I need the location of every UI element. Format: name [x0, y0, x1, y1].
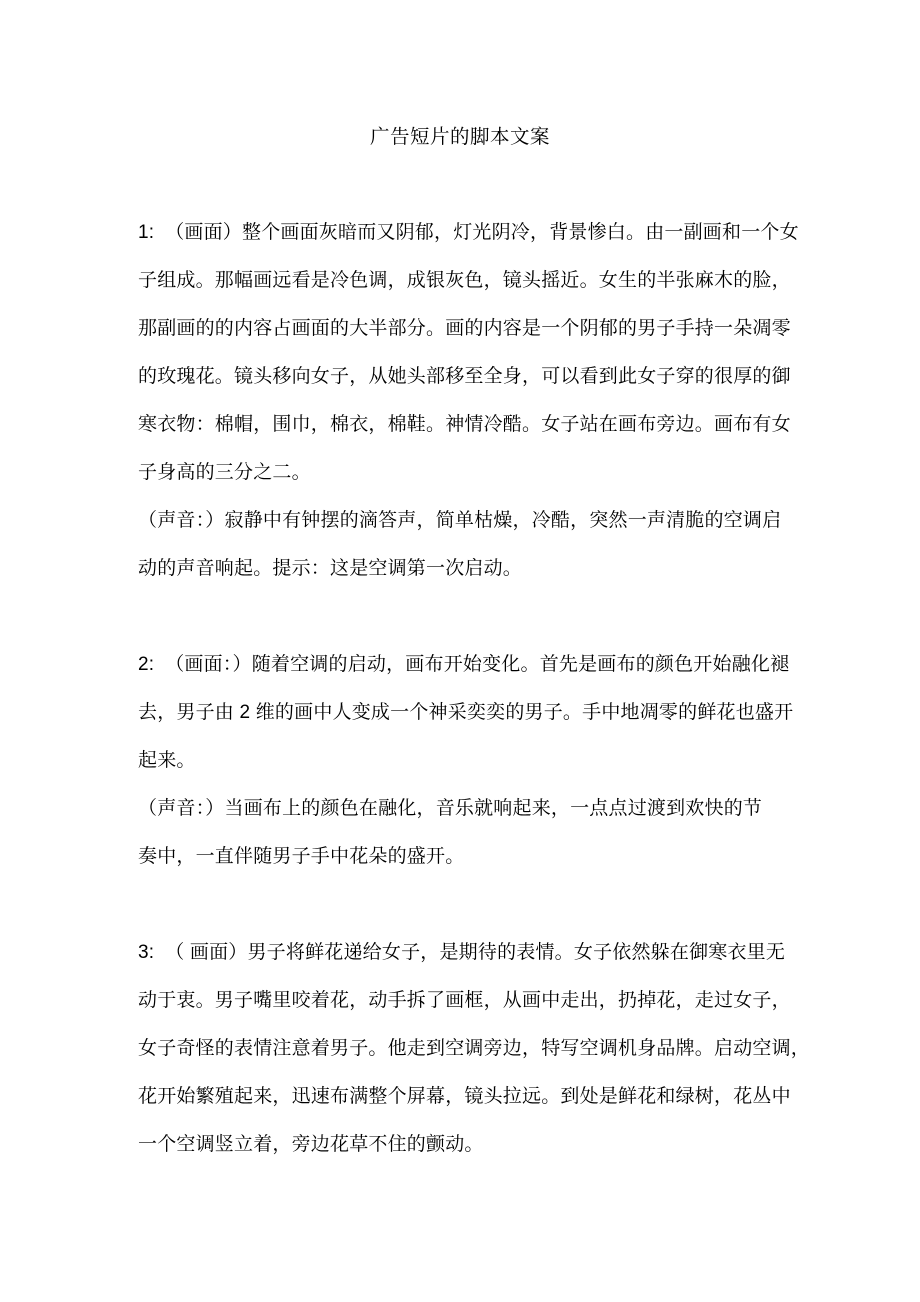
paragraph-gap: [138, 593, 838, 641]
script-line: （声音：）寂静中有钟摆的滴答声，简单枯燥，冷酷，突然一声清脆的空调启: [138, 497, 838, 545]
script-line: 寒衣物：棉帽，围巾，棉衣，棉鞋。神情冷酷。女子站在画布旁边。画布有女: [138, 401, 838, 449]
script-line: 去，男子由 2 维的画中人变成一个神采奕奕的男子。手中地凋零的鲜花也盛开: [138, 689, 838, 737]
script-line: 子身高的三分之二。: [138, 449, 838, 497]
script-line: （声音：）当画布上的颜色在融化，音乐就响起来，一点点过渡到欢快的节: [138, 785, 838, 833]
script-line: 一个空调竖立着，旁边花草不住的颤动。: [138, 1121, 838, 1169]
script-line: 子组成。那幅画远看是冷色调，成银灰色，镜头摇近。女生的半张麻木的脸，: [138, 257, 838, 305]
paragraph-gap: [138, 881, 838, 929]
script-line: 那副画的的内容占画面的大半部分。画的内容是一个阴郁的男子手持一朵凋零: [138, 305, 838, 353]
scene-3-paragraph: 3: （ 画面）男子将鲜花递给女子，是期待的表情。女子依然躲在御寒衣里无 动于衷…: [138, 929, 838, 1169]
document-title: 广告短片的脚本文案: [0, 113, 920, 161]
scene-2-paragraph: 2: （画面：）随着空调的启动，画布开始变化。首先是画布的颜色开始融化褪 去，男…: [138, 641, 838, 881]
script-line: 奏中，一直伴随男子手中花朵的盛开。: [138, 833, 838, 881]
document-page: 广告短片的脚本文案 1: （画面）整个画面灰暗而又阴郁，灯光阴冷，背景惨白。由一…: [0, 0, 920, 1302]
script-line: 花开始繁殖起来，迅速布满整个屏幕，镜头拉远。到处是鲜花和绿树，花丛中: [138, 1073, 838, 1121]
scene-1-paragraph: 1: （画面）整个画面灰暗而又阴郁，灯光阴冷，背景惨白。由一副画和一个女 子组成…: [138, 209, 838, 593]
script-line: 起来。: [138, 737, 838, 785]
script-line: 1: （画面）整个画面灰暗而又阴郁，灯光阴冷，背景惨白。由一副画和一个女: [138, 209, 838, 257]
script-line: 动于衷。男子嘴里咬着花，动手拆了画框，从画中走出，扔掉花，走过女子，: [138, 977, 838, 1025]
script-line: 2: （画面：）随着空调的启动，画布开始变化。首先是画布的颜色开始融化褪: [138, 641, 838, 689]
script-line: 动的声音响起。提示：这是空调第一次启动。: [138, 545, 838, 593]
script-line: 3: （ 画面）男子将鲜花递给女子，是期待的表情。女子依然躲在御寒衣里无: [138, 929, 838, 977]
script-line: 女子奇怪的表情注意着男子。他走到空调旁边，特写空调机身品牌。启动空调，: [138, 1025, 838, 1073]
script-line: 的玫瑰花。镜头移向女子，从她头部移至全身，可以看到此女子穿的很厚的御: [138, 353, 838, 401]
document-body: 1: （画面）整个画面灰暗而又阴郁，灯光阴冷，背景惨白。由一副画和一个女 子组成…: [138, 209, 838, 1169]
